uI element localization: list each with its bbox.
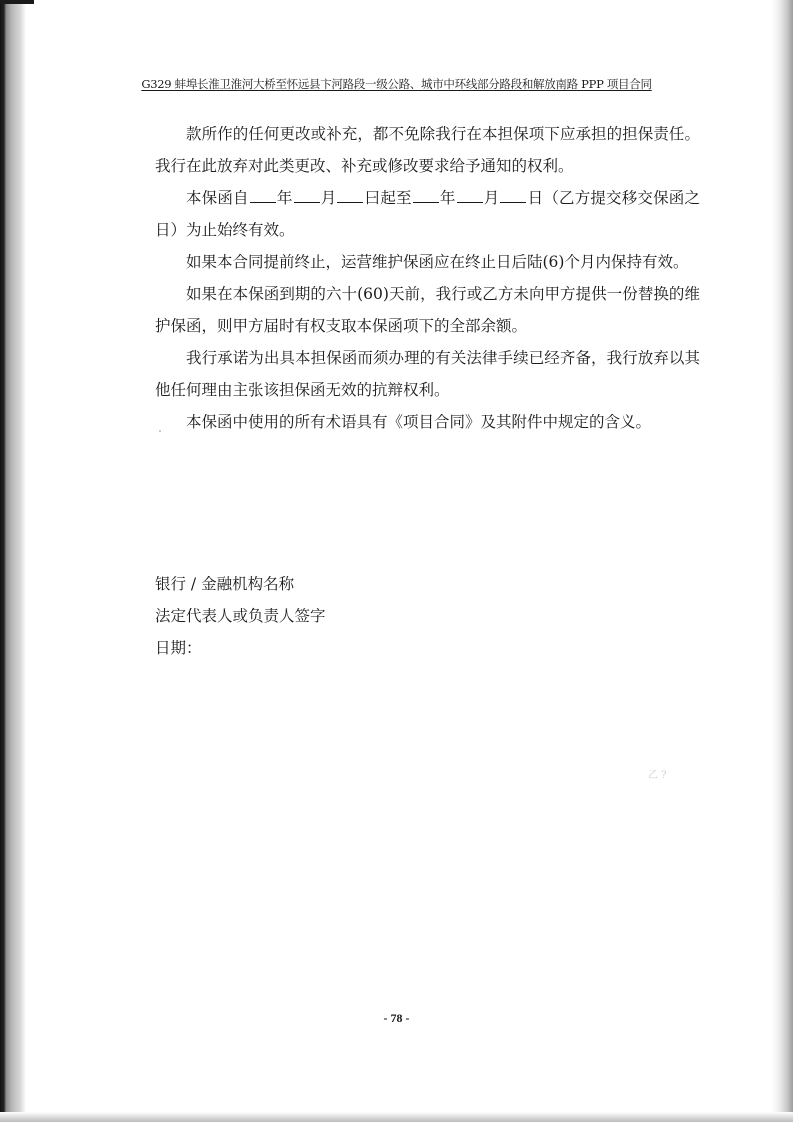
bank-name-label: 银行 / 金融机构名称 [155,568,326,600]
running-header: G329 蚌埠长淮卫淮河大桥至怀远县卞河路段一级公路、城市中环线部分路段和解放南… [0,76,793,92]
validity-year-1: 年 [277,189,293,207]
page-number: - 78 - [0,1011,793,1026]
paragraph-validity-period: 本保函自年月曰起至年月日（乙方提交移交保函之日）为止始终有效。 [155,182,700,246]
blank-end-year [413,188,439,203]
paragraph-definitions: 本保函中使用的所有术语具有《项目合同》及其附件中规定的含义。 [155,406,700,438]
signature-block: 银行 / 金融机构名称 法定代表人或负责人签字 日期： [155,568,326,664]
scan-top-corner [0,0,34,4]
date-label: 日期： [155,632,326,664]
document-body: 款所作的任何更改或补充，都不免除我行在本担保项下应承担的担保责任。我行在此放弃对… [155,118,700,438]
paragraph-amendment: 款所作的任何更改或补充，都不免除我行在本担保项下应承担的担保责任。我行在此放弃对… [155,118,700,182]
blank-start-month [294,188,320,203]
paragraph-replacement-guarantee: 如果在本保函到期的六十(60)天前，我行或乙方未向甲方提供一份替换的维护保函，则… [155,278,700,342]
blank-start-day [337,188,363,203]
validity-day-from: 曰起至 [364,189,411,207]
document-page: G329 蚌埠长淮卫淮河大桥至怀远县卞河路段一级公路、城市中环线部分路段和解放南… [0,0,793,1122]
scan-right-border [771,0,793,1122]
scan-left-border [0,0,26,1122]
paragraph-legal-procedures: 我行承诺为出具本担保函而须办理的有关法律手续已经齐备，我行放弃以其他任何理由主张… [155,342,700,406]
scan-bottom-border [0,1112,793,1122]
header-title: G329 蚌埠长淮卫淮河大桥至怀远县卞河路段一级公路、城市中环线部分路段和解放南… [141,77,651,91]
scan-speck [159,430,161,432]
representative-signature-label: 法定代表人或负责人签字 [155,600,326,632]
validity-year-2: 年 [440,189,456,207]
validity-prefix: 本保函自 [186,189,249,207]
paragraph-early-termination: 如果本合同提前终止，运营维护保函应在终止日后陆(6)个月内保持有效。 [155,246,700,278]
validity-month-2: 月 [484,189,500,207]
faint-handwritten-mark: 乙 ? [648,766,667,781]
blank-end-day [500,188,526,203]
blank-start-year [250,188,276,203]
validity-month-1: 月 [321,189,337,207]
blank-end-month [457,188,483,203]
